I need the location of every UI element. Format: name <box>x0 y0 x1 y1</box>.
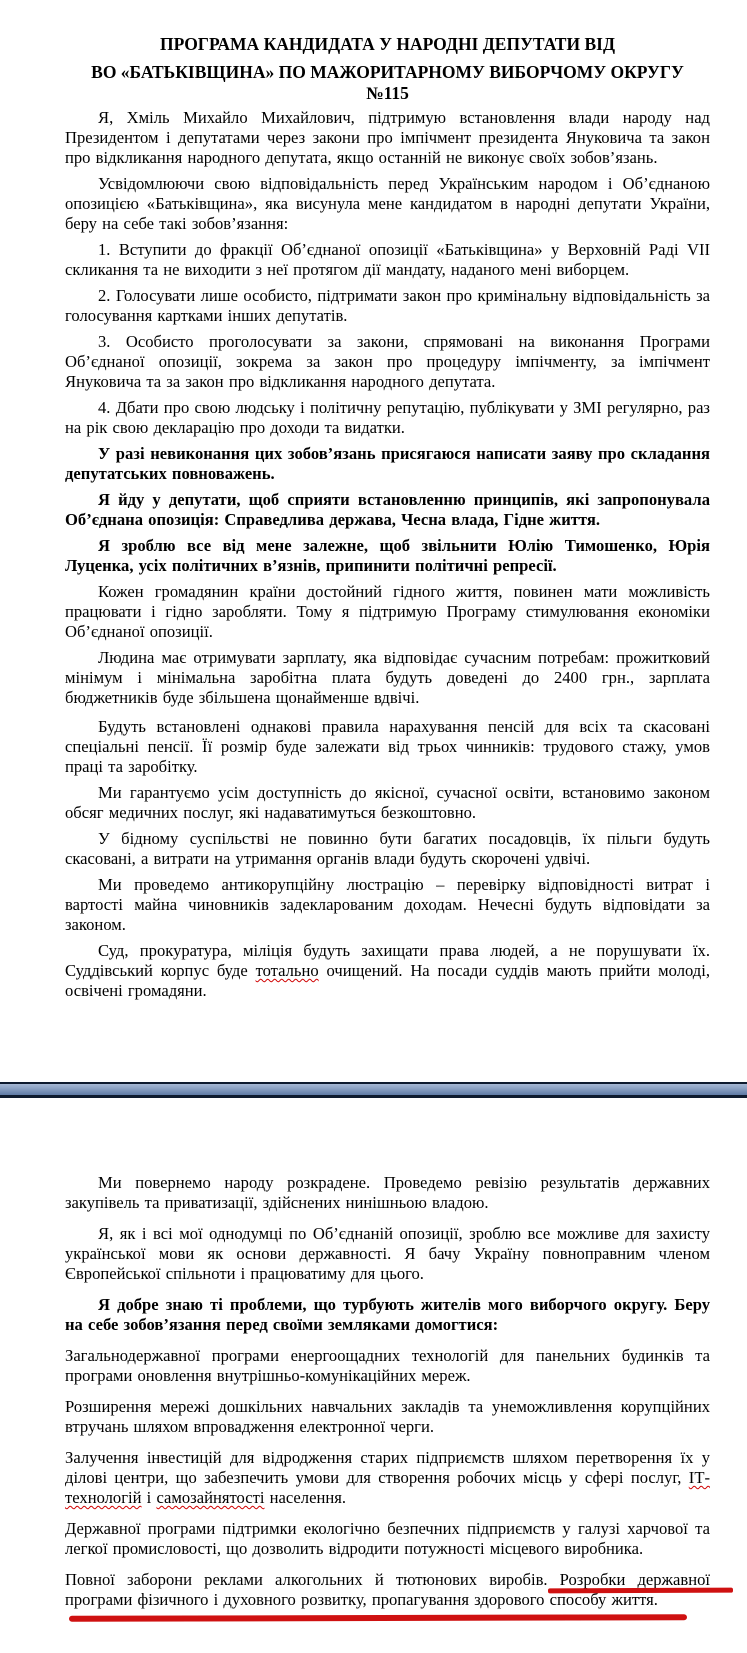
paragraph: 1. Вступити до фракції Об’єднаної опозиц… <box>65 240 710 280</box>
paragraph: Я зроблю все від мене залежне, щоб звіль… <box>65 536 710 576</box>
red-marker-underline <box>548 1588 733 1594</box>
paragraph: Ми проведемо антикорупційну люстрацію – … <box>65 875 710 935</box>
paragraph: Суд, прокуратура, міліція будуть захищат… <box>65 941 710 1001</box>
title-line-3: №115 <box>65 83 710 104</box>
title-line-1: ПРОГРАМА КАНДИДАТА У НАРОДНІ ДЕПУТАТИ ВІ… <box>65 33 710 55</box>
page-1: ПРОГРАМА КАНДИДАТА У НАРОДНІ ДЕПУТАТИ ВІ… <box>0 0 747 1082</box>
paragraph: Ми повернемо народу розкрадене. Проведем… <box>65 1173 710 1213</box>
document-viewer: { "theme": { "text": "#000000", "marker"… <box>0 0 747 1653</box>
paragraph: Залучення інвестицій для відродження ста… <box>65 1448 710 1508</box>
paragraph: Загальнодержавної програми енергоощадних… <box>65 1346 710 1386</box>
paragraph: 2. Голосувати лише особисто, підтримати … <box>65 286 710 326</box>
paragraph: Будуть встановлені однакові правила нара… <box>65 717 710 777</box>
paragraph: Я, як і всі мої однодумці по Об’єднаній … <box>65 1224 710 1284</box>
page-2-body: Ми повернемо народу розкрадене. Проведем… <box>65 1173 710 1610</box>
page-2: Ми повернемо народу розкрадене. Проведем… <box>0 1098 747 1641</box>
title-line-2: ВО «БАТЬКІВЩИНА» ПО МАЖОРИТАРНОМУ ВИБОРЧ… <box>65 62 710 83</box>
paragraph: У бідному суспільстві не повинно бути ба… <box>65 829 710 869</box>
paragraph: Я, Хміль Михайло Михайлович, підтримую в… <box>65 108 710 168</box>
paragraph: Я йду у депутати, щоб сприяти встановлен… <box>65 490 710 530</box>
paragraph: Усвідомлюючи свою відповідальність перед… <box>65 174 710 234</box>
page-break-bar <box>0 1082 747 1098</box>
paragraph: Людина має отримувати зарплату, яка відп… <box>65 648 710 708</box>
page-1-body: Я, Хміль Михайло Михайлович, підтримую в… <box>65 108 710 1001</box>
paragraph: Державної програми підтримки екологічно … <box>65 1519 710 1559</box>
document-title: ПРОГРАМА КАНДИДАТА У НАРОДНІ ДЕПУТАТИ ВІ… <box>65 33 710 104</box>
paragraph: 3. Особисто проголосувати за закони, спр… <box>65 332 710 392</box>
paragraph: Я добре знаю ті проблеми, що турбують жи… <box>65 1295 710 1335</box>
spellcheck-underline: тотально <box>256 961 319 980</box>
red-marker-underline <box>69 1614 687 1622</box>
paragraph: Кожен громадянин країни достойний гідног… <box>65 582 710 642</box>
paragraph: Розширення мережі дошкільних навчальних … <box>65 1397 710 1437</box>
paragraph: У разі невиконання цих зобов’язань прися… <box>65 444 710 484</box>
spellcheck-underline: самозайнятості <box>156 1488 264 1507</box>
red-marked-paragraph: Повної заборони реклами алкогольних й тю… <box>65 1570 710 1610</box>
paragraph: 4. Дбати про свою людську і політичну ре… <box>65 398 710 438</box>
paragraph: Ми гарантуємо усім доступність до якісно… <box>65 783 710 823</box>
